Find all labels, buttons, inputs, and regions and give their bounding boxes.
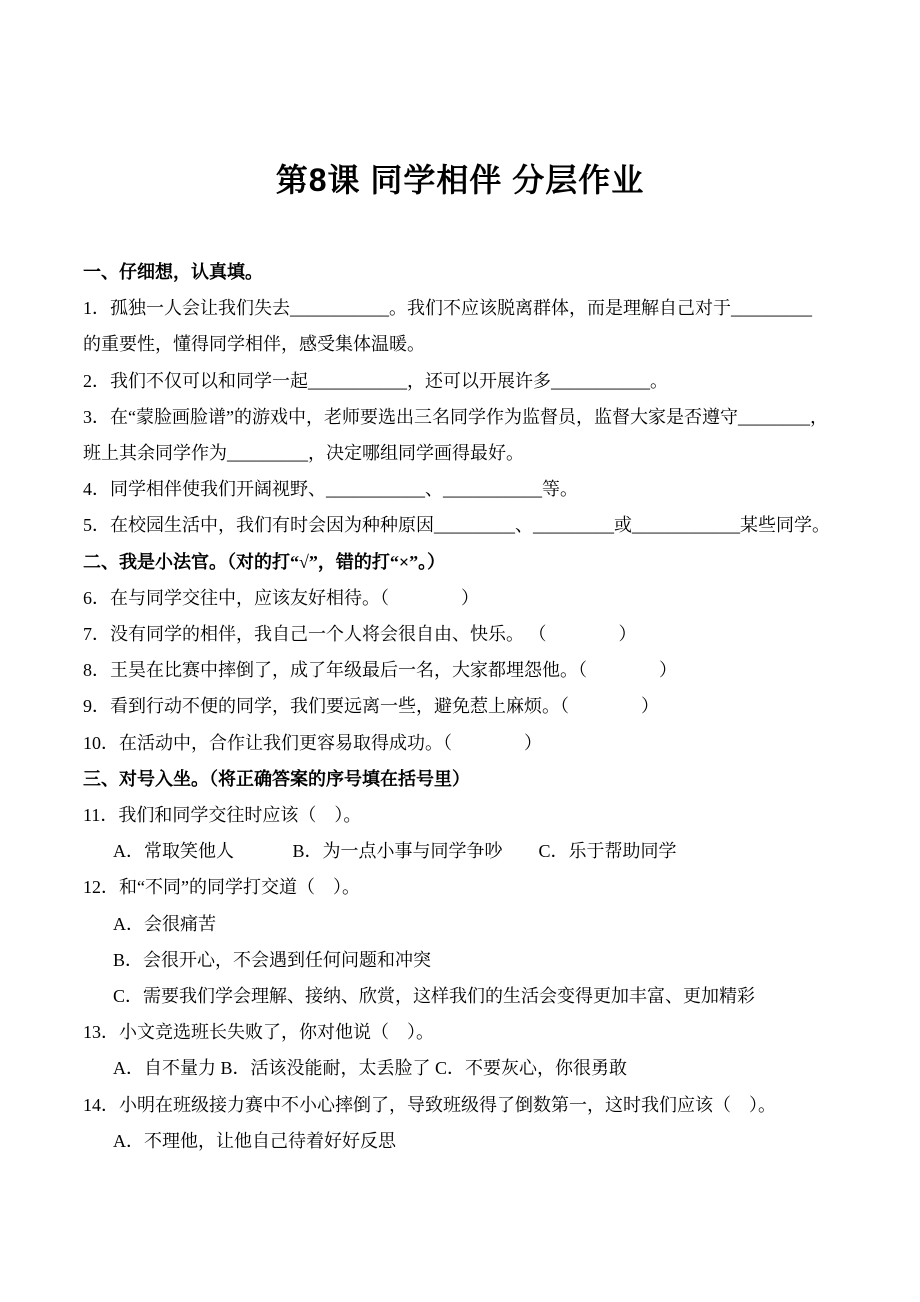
question-12: 12．和“不同”的同学打交道（ ）。	[83, 869, 837, 905]
question-12-option-c: C．需要我们学会理解、接纳、欣赏，这样我们的生活会变得更加丰富、更加精彩	[83, 978, 837, 1014]
worksheet-content: 一、仔细想，认真填。 1．孤独一人会让我们失去___________。我们不应该…	[0, 254, 920, 1159]
question-11: 11．我们和同学交往时应该（ ）。	[83, 797, 837, 833]
question-2: 2．我们不仅可以和同学一起___________，还可以开展许多________…	[83, 363, 837, 399]
question-7: 7．没有同学的相伴，我自己一个人将会很自由、快乐。 （ ）	[83, 616, 837, 652]
question-6: 6．在与同学交往中，应该友好相待。（ ）	[83, 580, 837, 616]
section-3-heading: 三、对号入坐。（将正确答案的序号填在括号里）	[83, 761, 837, 797]
question-13: 13．小文竞选班长失败了，你对他说（ ）。	[83, 1014, 837, 1050]
question-12-option-b: B．会很开心，不会遇到任何问题和冲突	[83, 942, 837, 978]
section-2-heading: 二、我是小法官。（对的打“√”，错的打“×”。）	[83, 544, 837, 580]
question-3-line-1: 3．在“蒙脸画脸谱”的游戏中，老师要选出三名同学作为监督员，监督大家是否遵守__…	[83, 399, 837, 435]
question-13-options: A．自不量力 B．活该没能耐，太丢脸了 C．不要灰心，你很勇敢	[83, 1050, 837, 1086]
question-11-options: A．常取笑他人 B．为一点小事与同学争吵 C．乐于帮助同学	[83, 833, 837, 869]
question-14-option-a: A．不理他，让他自己待着好好反思	[83, 1123, 837, 1159]
question-5: 5．在校园生活中，我们有时会因为种种原因_________、_________或…	[83, 507, 837, 543]
question-3-line-2: 班上其余同学作为_________，决定哪组同学画得最好。	[83, 435, 837, 471]
question-4: 4．同学相伴使我们开阔视野、___________、___________等。	[83, 471, 837, 507]
question-9: 9．看到行动不便的同学，我们要远离一些，避免惹上麻烦。（ ）	[83, 688, 837, 724]
question-10: 10．在活动中，合作让我们更容易取得成功。（ ）	[83, 725, 837, 761]
question-12-option-a: A．会很痛苦	[83, 906, 837, 942]
page-title: 第8课 同学相伴 分层作业	[0, 0, 920, 200]
question-1-line-2: 的重要性，懂得同学相伴，感受集体温暖。	[83, 326, 837, 362]
section-1-heading: 一、仔细想，认真填。	[83, 254, 837, 290]
worksheet-page: 第8课 同学相伴 分层作业 一、仔细想，认真填。 1．孤独一人会让我们失去___…	[0, 0, 920, 1302]
question-1-line-1: 1．孤独一人会让我们失去___________。我们不应该脱离群体，而是理解自己…	[83, 290, 837, 326]
question-14: 14．小明在班级接力赛中不小心摔倒了，导致班级得了倒数第一，这时我们应该（ ）。	[83, 1087, 837, 1123]
question-8: 8．王昊在比赛中摔倒了，成了年级最后一名，大家都埋怨他。（ ）	[83, 652, 837, 688]
